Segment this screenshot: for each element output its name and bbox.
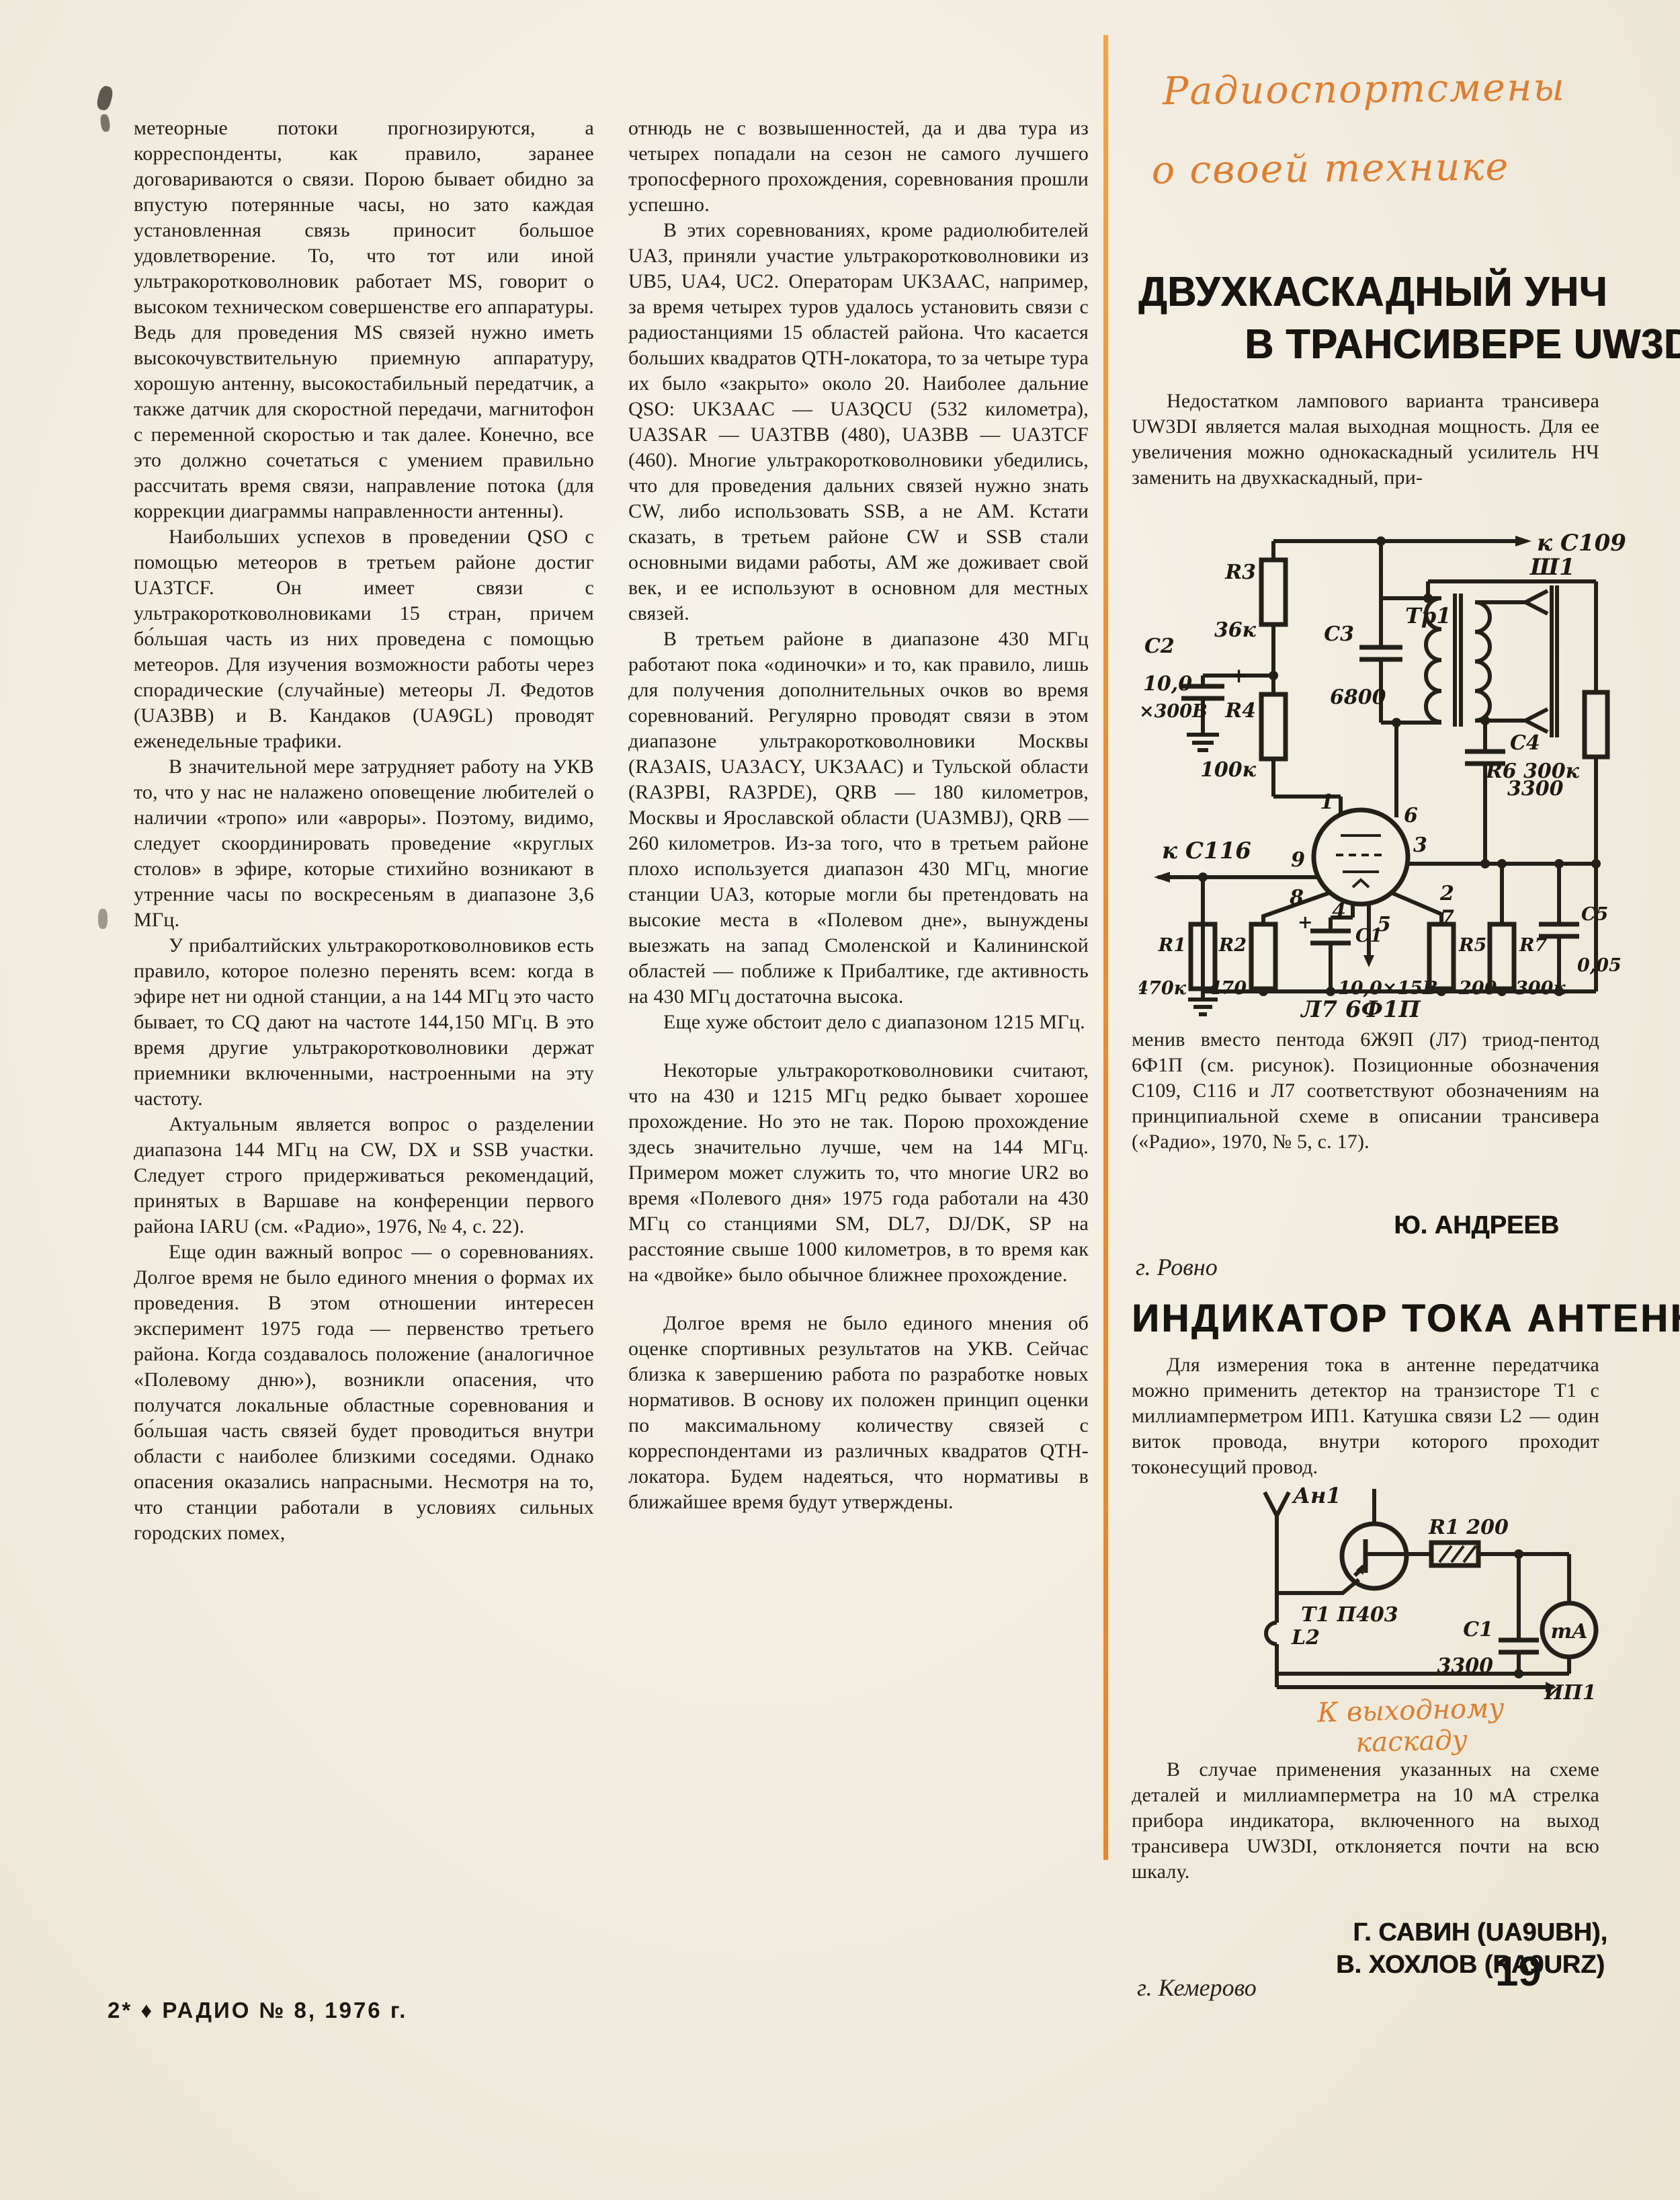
article1-title-line2: В ТРАНСИВЕРЕ UW3DI [1245,320,1680,368]
schematic-label: 3300 [1507,777,1564,801]
footer-issue-info: 2* ♦ РАДИО № 8, 1976 г. [108,1998,407,2023]
left-column: метеорные потоки прогнозируются, а корре… [134,116,594,1546]
schematic-label: 0,05 [1577,955,1622,976]
article1-city: г. Ровно [1136,1253,1218,1281]
article2-intro: Для измерения тока в антенне передатчика… [1132,1352,1599,1480]
paragraph: Наибольших успехов в проведении QSO с по… [134,524,594,754]
plus-sign: + [1298,912,1313,933]
article1-title-line1: ДВУХКАСКАДНЫЙ УНЧ [1138,268,1607,315]
antenna-indicator-schematic: Ан1 L2 Т1 П403 R1 200 С1 3300 mA ИП1 [1230,1479,1606,1707]
paragraph: В значительной мере затрудняет работу на… [134,754,594,933]
scan-smudge [95,85,114,112]
tube-type-label: Л7 6Ф1П [1300,996,1421,1018]
tube-pin-label: 9 [1291,848,1305,872]
article1-author: Ю. АНДРЕЕВ [1183,1211,1559,1240]
article2-author-line2: В. ХОХЛОВ (RA9URZ) [1196,1951,1605,1980]
schematic-label: 100к [1200,758,1257,782]
arrow-down-icon [1363,955,1374,967]
schematic-label: С2 [1144,635,1175,658]
meter-label: mA [1550,1620,1587,1643]
schematic-label: Ан1 [1292,1483,1341,1508]
schematic-label: к С116 [1162,838,1251,864]
section-kicker-line2: о своей технике [1122,145,1540,193]
schematic-label: С5 [1581,904,1608,925]
paragraph: В случае применения указанных на схеме д… [1132,1757,1599,1885]
plus-sign: + [1230,664,1247,688]
article2-title: ИНДИКАТОР ТОКА АНТЕННЫ [1132,1295,1680,1340]
paragraph: Долгое время не было единого мнения об о… [628,1311,1089,1515]
tube-pin-label: 8 [1289,886,1304,909]
paragraph: В третьем районе в диапазоне 430 МГц раб… [628,626,1089,1010]
magazine-page: метеорные потоки прогнозируются, а корре… [0,0,1680,2200]
paragraph: Недостатком лампового варианта трансивер… [1132,389,1599,491]
tube-pin-label: 3 [1413,833,1427,857]
paragraph: Некоторые ультракоротковолновики считают… [628,1058,1089,1288]
schematic-label: R1 200 [1428,1516,1509,1539]
paragraph: Актуальным является вопрос о разделении … [134,1112,594,1239]
paragraph: метеорные потоки прогнозируются, а корре… [134,116,594,524]
article1-body: менив вместо пентода 6Ж9П (Л7) триод-пен… [1132,1027,1599,1155]
page-number: 19 [1495,1948,1542,1996]
schematic-label: С1 [1355,926,1382,946]
schematic-label: Ш1 [1529,554,1575,581]
schematic-label: R2 [1218,935,1247,956]
paragraph: Еще хуже обстоит дело с диапазоном 1215 … [628,1010,1089,1035]
middle-column: отнюдь не с возвышенностей, да и два тур… [628,116,1089,1515]
section-kicker-line1: Радиоспортсмены [1142,65,1587,114]
schematic-label: Тр1 [1405,603,1451,628]
tube-pin-label: 6 [1404,804,1418,827]
scan-smudge [98,909,108,929]
article1-intro: Недостатком лампового варианта трансивер… [1132,389,1599,491]
schematic-label: 6800 [1330,686,1386,709]
schematic-label: 10,0 [1143,672,1192,696]
paragraph: Для измерения тока в антенне передатчика… [1132,1352,1599,1480]
column-divider-rule [1103,35,1108,1860]
schematic-label: С1 [1463,1618,1493,1641]
article2-author-line1: Г. САВИН (UA9UBH), [1196,1918,1607,1947]
article2-body: В случае применения указанных на схеме д… [1132,1757,1599,1885]
schematic-label: 36к [1214,618,1257,642]
scan-smudge [99,114,110,132]
schematic-label: R1 [1158,935,1186,956]
schematic-label: R5 [1458,935,1486,956]
schematic-label: R4 [1224,699,1256,723]
tube-pin-label: 2 [1439,882,1454,905]
paragraph: менив вместо пентода 6Ж9П (Л7) триод-пен… [1132,1027,1599,1155]
unch-amplifier-schematic: к С109 R3 36к С2 10,0 ×300В + R4 100к С3… [1139,521,1636,1018]
paragraph: Еще один важный вопрос — о соревнованиях… [134,1239,594,1546]
article2-city: г. Кемерово [1137,1973,1257,2002]
schematic-label: R3 [1224,561,1256,584]
schematic-label: 470 [1209,978,1247,999]
schematic-label: С4 [1510,731,1540,755]
arrow-right-icon [1515,536,1531,546]
schematic-label: ×300В [1139,701,1208,722]
schematic-label: 470к [1139,978,1187,999]
schematic-label: к С109 [1537,530,1626,557]
schematic2-caption: К выходному каскаду [1263,1691,1560,1760]
schematic-label: L2 [1291,1626,1320,1649]
schematic-label: С3 [1324,622,1354,646]
schematic-label: Т1 П403 [1301,1603,1398,1627]
paragraph: В этих соревнованиях, кроме радиолюбител… [628,218,1089,626]
tube-pin-label: 4 [1332,899,1346,923]
arrow-left-icon [1154,872,1170,883]
paragraph: отнюдь не с возвышенностей, да и два тур… [628,116,1089,218]
paragraph: У прибалтийских ультракоротковолновиков … [134,933,594,1112]
tube-pin-label: 1 [1320,790,1334,814]
